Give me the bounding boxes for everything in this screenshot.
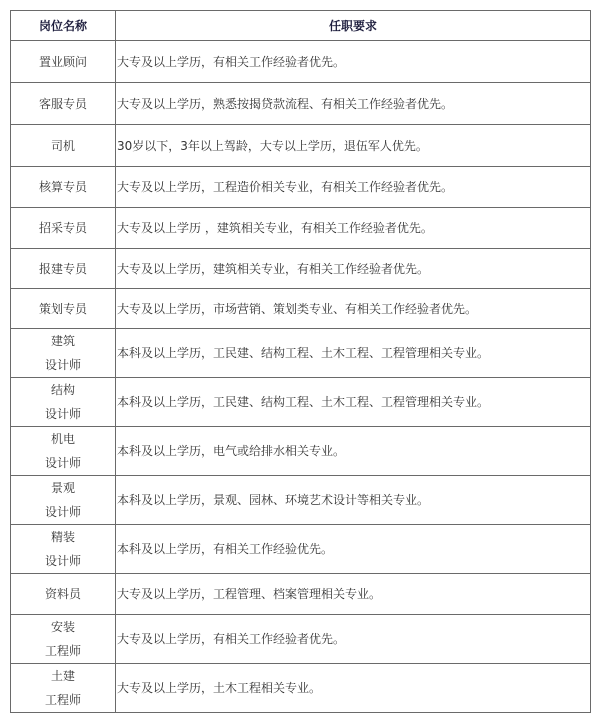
- requirement-cell: 30岁以下，3年以上驾龄，大专以上学历，退伍军人优先。: [116, 125, 591, 167]
- table-row: 景观设计师本科及以上学历，景观、园林、环境艺术设计等相关专业。: [11, 476, 591, 525]
- position-name-line: 设计师: [11, 549, 115, 573]
- table-row: 资料员大专及以上学历，工程管理、档案管理相关专业。: [11, 574, 591, 615]
- position-name-line: 资料员: [11, 582, 115, 606]
- position-name-cell: 机电设计师: [11, 427, 116, 476]
- table-row: 机电设计师本科及以上学历，电气或给排水相关专业。: [11, 427, 591, 476]
- requirement-cell: 大专及以上学历，建筑相关专业，有相关工作经验者优先。: [116, 249, 591, 289]
- table-row: 安装工程师大专及以上学历，有相关工作经验者优先。: [11, 615, 591, 664]
- requirement-cell: 本科及以上学历，工民建、结构工程、土木工程、工程管理相关专业。: [116, 378, 591, 427]
- table-row: 司机30岁以下，3年以上驾龄，大专以上学历，退伍军人优先。: [11, 125, 591, 167]
- requirement-cell: 大专及以上学历，工程造价相关专业，有相关工作经验者优先。: [116, 167, 591, 208]
- requirement-cell: 大专及以上学历，有相关工作经验者优先。: [116, 615, 591, 664]
- position-name-line: 司机: [11, 134, 115, 158]
- position-name-line: 安装: [11, 615, 115, 639]
- position-name-cell: 景观设计师: [11, 476, 116, 525]
- header-row: 岗位名称 任职要求: [11, 11, 591, 41]
- position-name-line: 设计师: [11, 353, 115, 377]
- requirement-cell: 大专及以上学历，土木工程相关专业。: [116, 664, 591, 713]
- table-row: 客服专员大专及以上学历，熟悉按揭贷款流程、有相关工作经验者优先。: [11, 83, 591, 125]
- position-name-line: 建筑: [11, 329, 115, 353]
- position-name-line: 置业顾问: [11, 50, 115, 74]
- requirement-cell: 大专及以上学历，熟悉按揭贷款流程、有相关工作经验者优先。: [116, 83, 591, 125]
- position-name-line: 景观: [11, 476, 115, 500]
- requirement-cell: 大专及以上学历，市场营销、策划类专业、有相关工作经验者优先。: [116, 289, 591, 329]
- position-name-line: 策划专员: [11, 297, 115, 321]
- requirement-cell: 本科及以上学历，景观、园林、环境艺术设计等相关专业。: [116, 476, 591, 525]
- position-name-line: 结构: [11, 378, 115, 402]
- requirement-cell: 大专及以上学历，工程管理、档案管理相关专业。: [116, 574, 591, 615]
- position-name-line: 核算专员: [11, 175, 115, 199]
- position-name-cell: 招采专员: [11, 208, 116, 249]
- position-name-line: 设计师: [11, 402, 115, 426]
- table-row: 策划专员大专及以上学历，市场营销、策划类专业、有相关工作经验者优先。: [11, 289, 591, 329]
- position-name-cell: 核算专员: [11, 167, 116, 208]
- position-name-line: 机电: [11, 427, 115, 451]
- position-name-cell: 客服专员: [11, 83, 116, 125]
- position-name-cell: 安装工程师: [11, 615, 116, 664]
- position-name-cell: 策划专员: [11, 289, 116, 329]
- table-row: 建筑设计师本科及以上学历，工民建、结构工程、土木工程、工程管理相关专业。: [11, 329, 591, 378]
- position-name-line: 报建专员: [11, 257, 115, 281]
- table-row: 招采专员大专及以上学历 ，建筑相关专业，有相关工作经验者优先。: [11, 208, 591, 249]
- position-name-line: 招采专员: [11, 216, 115, 240]
- position-name-cell: 置业顾问: [11, 41, 116, 83]
- table-row: 置业顾问大专及以上学历，有相关工作经验者优先。: [11, 41, 591, 83]
- position-name-line: 设计师: [11, 451, 115, 475]
- table-row: 核算专员大专及以上学历，工程造价相关专业，有相关工作经验者优先。: [11, 167, 591, 208]
- requirement-cell: 本科及以上学历，有相关工作经验优先。: [116, 525, 591, 574]
- job-requirements-table: 岗位名称 任职要求 置业顾问大专及以上学历，有相关工作经验者优先。客服专员大专及…: [10, 10, 591, 713]
- position-name-cell: 资料员: [11, 574, 116, 615]
- header-position-name: 岗位名称: [11, 11, 116, 41]
- position-name-cell: 司机: [11, 125, 116, 167]
- header-requirements: 任职要求: [116, 11, 591, 41]
- requirement-cell: 大专及以上学历，有相关工作经验者优先。: [116, 41, 591, 83]
- position-name-line: 客服专员: [11, 92, 115, 116]
- position-name-line: 土建: [11, 664, 115, 688]
- position-name-cell: 报建专员: [11, 249, 116, 289]
- table-row: 结构设计师本科及以上学历，工民建、结构工程、土木工程、工程管理相关专业。: [11, 378, 591, 427]
- position-name-line: 设计师: [11, 500, 115, 524]
- table-row: 土建工程师大专及以上学历，土木工程相关专业。: [11, 664, 591, 713]
- position-name-cell: 建筑设计师: [11, 329, 116, 378]
- position-name-line: 工程师: [11, 688, 115, 712]
- table-body: 置业顾问大专及以上学历，有相关工作经验者优先。客服专员大专及以上学历，熟悉按揭贷…: [11, 41, 591, 713]
- position-name-line: 精装: [11, 525, 115, 549]
- position-name-cell: 结构设计师: [11, 378, 116, 427]
- position-name-line: 工程师: [11, 639, 115, 663]
- requirement-cell: 本科及以上学历，工民建、结构工程、土木工程、工程管理相关专业。: [116, 329, 591, 378]
- requirement-cell: 大专及以上学历 ，建筑相关专业，有相关工作经验者优先。: [116, 208, 591, 249]
- table-row: 报建专员大专及以上学历，建筑相关专业，有相关工作经验者优先。: [11, 249, 591, 289]
- position-name-cell: 精装设计师: [11, 525, 116, 574]
- table-row: 精装设计师本科及以上学历，有相关工作经验优先。: [11, 525, 591, 574]
- requirement-cell: 本科及以上学历，电气或给排水相关专业。: [116, 427, 591, 476]
- position-name-cell: 土建工程师: [11, 664, 116, 713]
